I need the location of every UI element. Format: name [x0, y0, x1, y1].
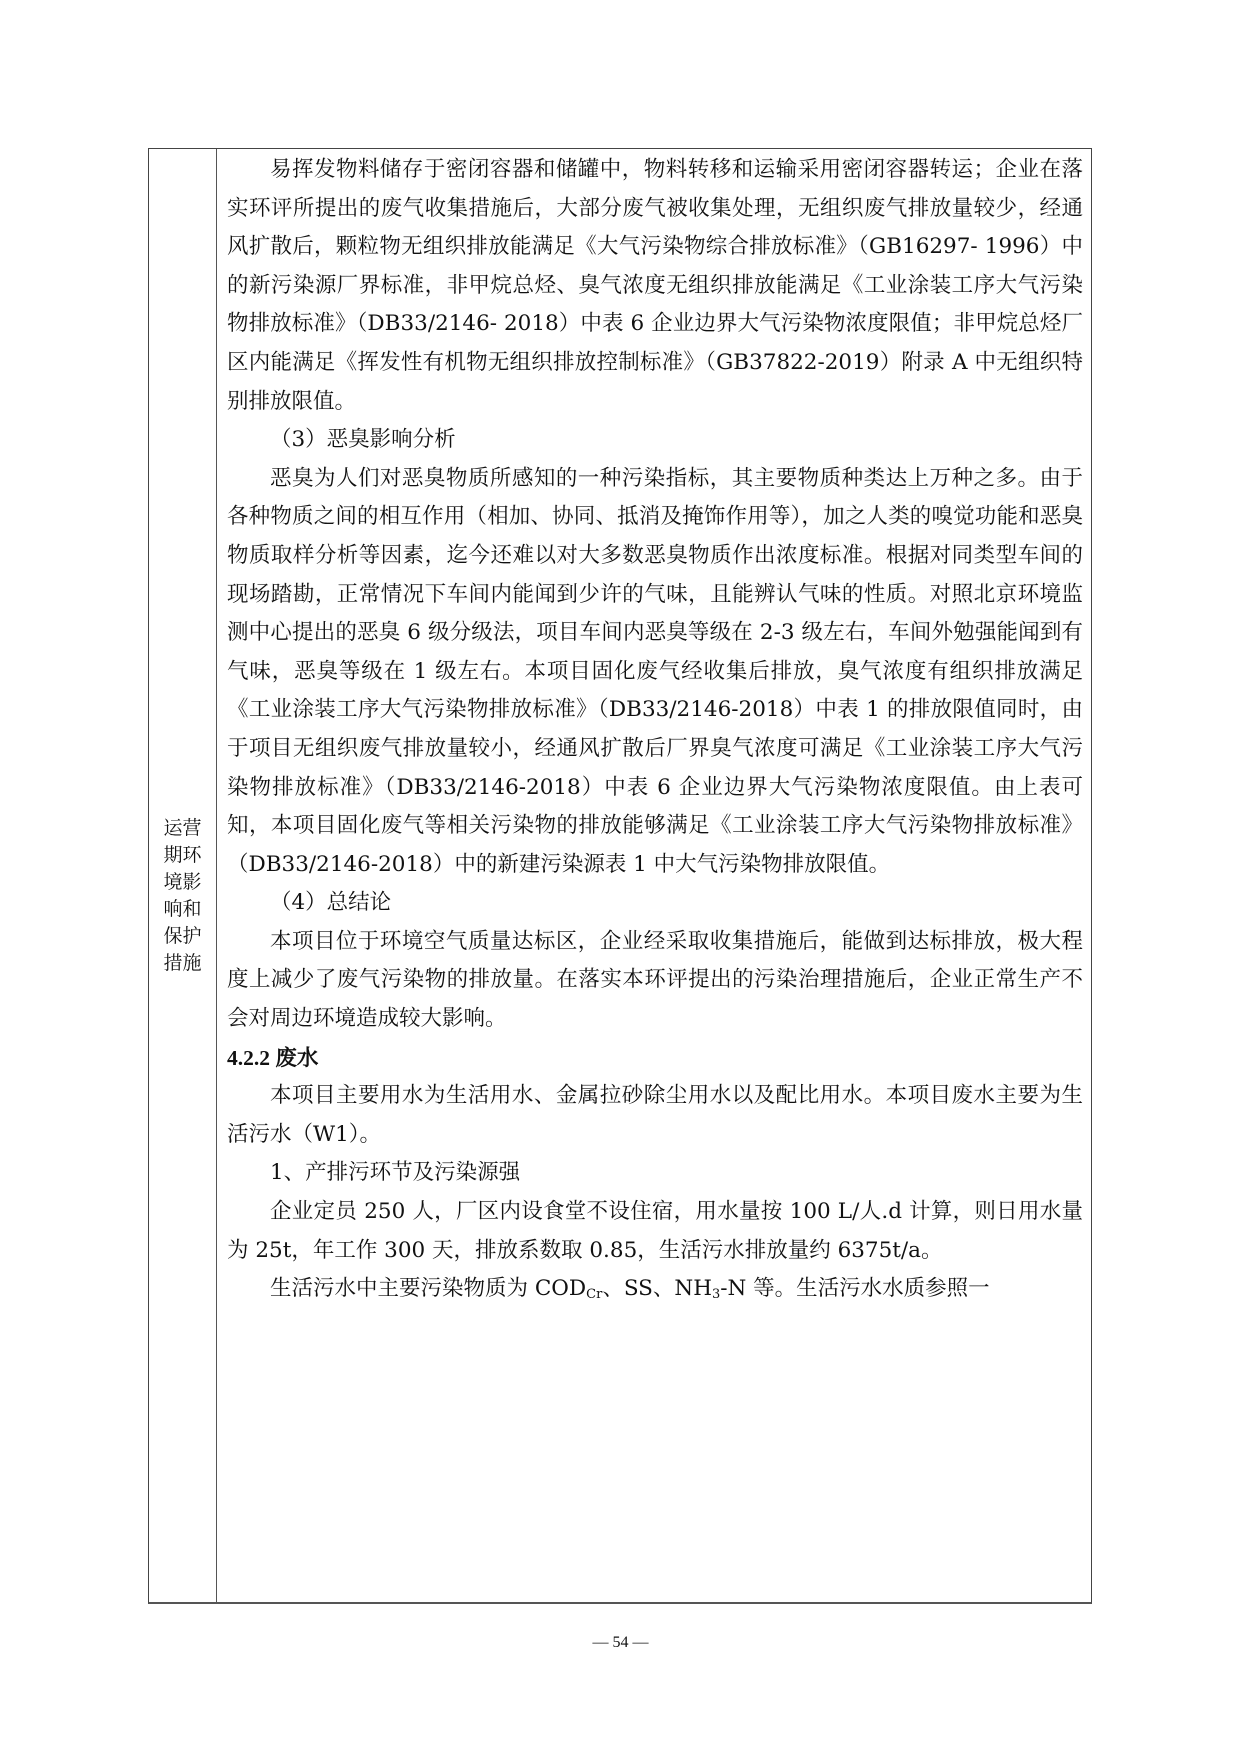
section-label: 运营期环境影响和保护措施 — [161, 815, 205, 977]
pollutants-text-1: 生活污水中主要污染物质为 COD — [270, 1276, 586, 1301]
pollutants-text-2: 、SS、NH — [602, 1276, 712, 1301]
paragraph-water-usage: 本项目主要用水为生活用水、金属拉砂除尘用水以及配比用水。本项目废水主要为生活污水… — [227, 1077, 1083, 1154]
paragraph-conclusion: 本项目位于环境空气质量达标区，企业经采取收集措施后，能做到达标排放，极大程度上减… — [227, 923, 1083, 1039]
paragraph-pollutants: 生活污水中主要污染物质为 CODCr、SS、NH3-N 等。生活污水水质参照一 — [227, 1270, 1083, 1309]
subheading-pollution-sources: 1、产排污环节及污染源强 — [227, 1154, 1083, 1193]
content-cell: 易挥发物料储存于密闭容器和储罐中，物料转移和运输采用密闭容器转运；企业在落实环评… — [217, 149, 1091, 1602]
section-label-cell: 运营期环境影响和保护措施 — [149, 149, 217, 1602]
section-heading-wastewater: 4.2.2 废水 — [227, 1039, 1083, 1078]
subheading-odor-analysis: （3）恶臭影响分析 — [227, 421, 1083, 460]
page-number: — 54 — — [0, 1634, 1241, 1652]
pollutants-text-3: -N 等。生活污水水质参照一 — [720, 1276, 989, 1301]
paragraph-staff-water-calc: 企业定员 250 人，厂区内设食堂不设住宿，用水量按 100 L/人.d 计算，… — [227, 1193, 1083, 1270]
paragraph-odor-analysis: 恶臭为人们对恶臭物质所感知的一种污染指标，其主要物质种类达上万种之多。由于各种物… — [227, 460, 1083, 885]
content-table: 运营期环境影响和保护措施 易挥发物料储存于密闭容器和储罐中，物料转移和运输采用密… — [148, 148, 1092, 1604]
paragraph-fugitive-emissions: 易挥发物料储存于密闭容器和储罐中，物料转移和运输采用密闭容器转运；企业在落实环评… — [227, 151, 1083, 421]
subheading-conclusion: （4）总结论 — [227, 884, 1083, 923]
cod-subscript: Cr — [586, 1287, 602, 1302]
